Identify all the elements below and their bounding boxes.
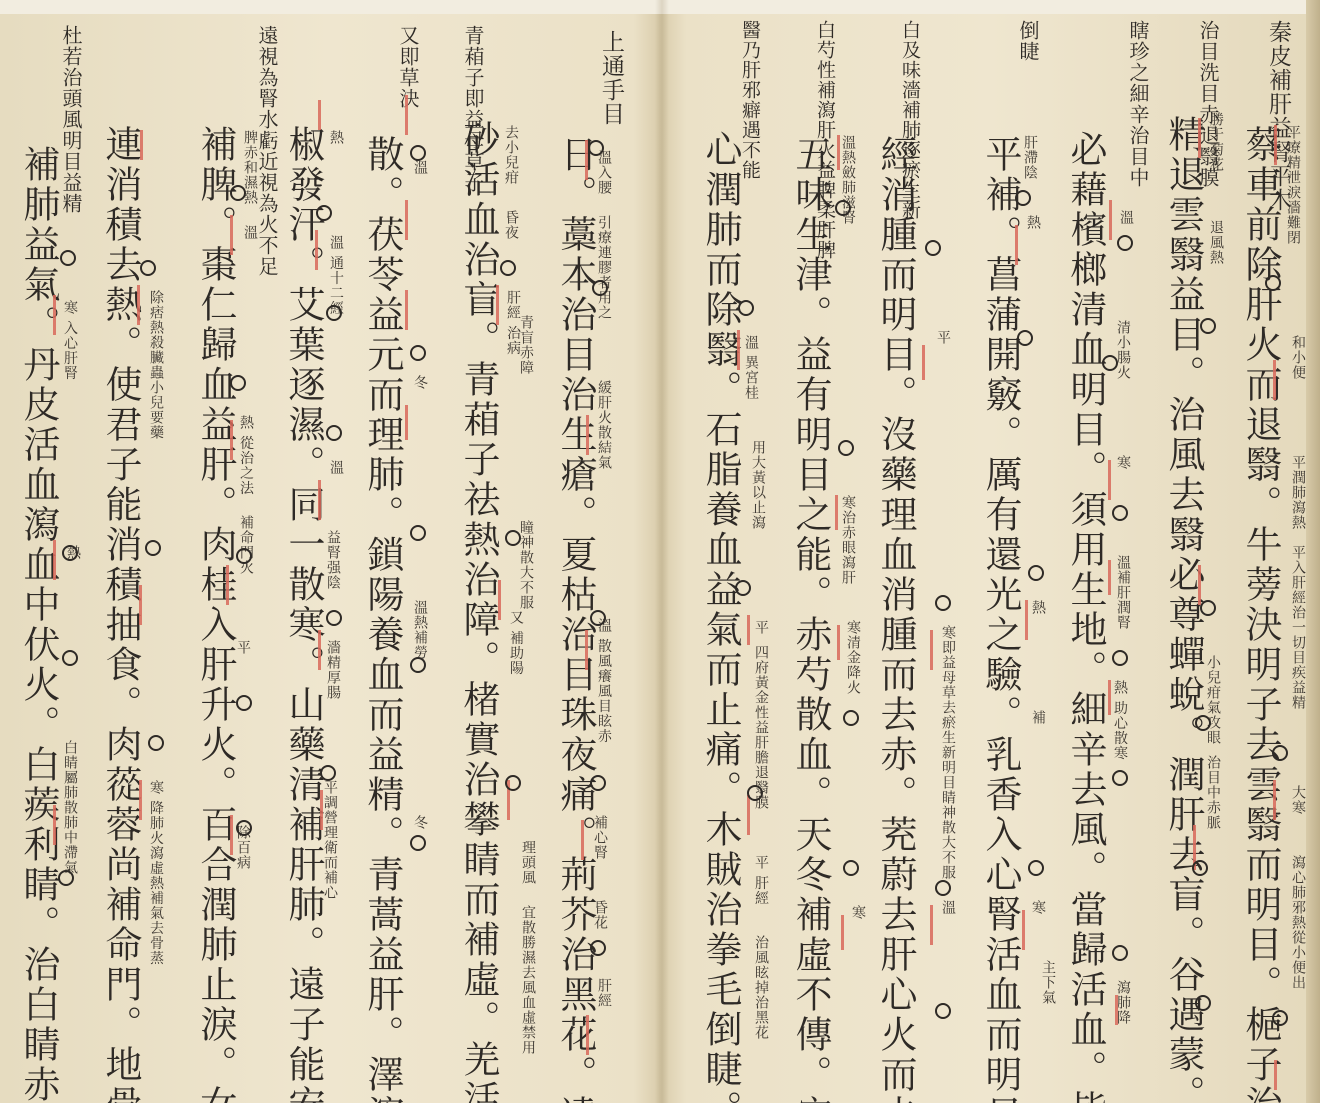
red-mark <box>1108 460 1111 500</box>
text-column: 五味生津。益有明目之能。赤芍散血。天冬補虛不傳。定痛之效。麥冬清 <box>790 135 830 1095</box>
circle-mark <box>236 548 252 564</box>
red-mark <box>586 1015 589 1055</box>
text-column: 經消腫而明目。沒藥理血消腫而去赤。茺蔚去肝心火而去瘀。青鹽滋腎。 <box>875 135 915 1095</box>
circle-mark <box>1200 318 1216 334</box>
head-note: 秦皮補肝益腎平木 <box>1265 20 1290 140</box>
red-mark <box>1108 560 1111 595</box>
circle-mark <box>410 345 426 361</box>
circle-mark <box>588 140 604 156</box>
red-mark <box>922 345 925 380</box>
column-annotation: 肝滯陰 <box>1022 135 1037 195</box>
circle-mark <box>410 145 426 161</box>
manuscript-spread: 秦皮補肝益腎平木 治目洗目赤退翳膜 瞎珍之細辛治目中 倒睫 白及味濇補肺逐瘀生新… <box>0 0 1320 1103</box>
red-mark <box>139 780 142 820</box>
circle-mark <box>236 820 252 836</box>
circle-mark <box>1017 330 1033 346</box>
red-mark <box>1274 1060 1277 1090</box>
red-mark <box>230 815 233 855</box>
text-column: 必藉檳榔清血明目。須用生地。細辛去風。當歸活血。皆擅明目之功。枸杞 <box>1065 130 1105 1095</box>
column-annotation: 寒 <box>1115 455 1130 485</box>
red-mark <box>53 295 56 335</box>
column-annotation: 主下氣 <box>1040 960 1055 1020</box>
red-mark <box>841 915 844 950</box>
circle-mark <box>62 545 78 561</box>
column-annotation: 平 <box>753 620 768 640</box>
column-annotation: 溫 <box>328 460 343 480</box>
text-column: 散。茯苓益元而理肺。鎖陽養血而益精。青蒿益肝。澤瀉利水。類皆補虛。 <box>362 135 402 1095</box>
text-column: 平補。菖蒲開竅。厲有還光之驗。乳香入心腎活血而明目。葶藶通肺 <box>980 135 1020 1095</box>
column-annotation: 平 肝經 <box>753 855 768 915</box>
red-mark <box>1115 995 1118 1025</box>
column-annotation: 平入肝經治一切目疾益精 <box>1290 545 1305 775</box>
circle-mark <box>935 880 951 896</box>
red-mark <box>315 230 318 270</box>
circle-mark <box>835 200 851 216</box>
column-annotation: 益腎强陰 <box>325 530 340 600</box>
column-annotation: 寒 入心肝腎 <box>62 300 77 380</box>
red-mark <box>320 790 323 830</box>
column-annotation: 寒清金降火 <box>845 620 860 710</box>
red-mark <box>1025 600 1028 640</box>
column-annotation: 脾赤和濕熱 <box>242 130 257 210</box>
red-mark <box>226 565 229 605</box>
circle-mark <box>1195 715 1211 731</box>
column-annotation: 熱 從治之法 <box>238 415 253 505</box>
column-annotation: 寒 <box>1030 900 1045 920</box>
column-annotation: 補 <box>1030 710 1045 730</box>
red-mark <box>1015 225 1018 265</box>
circle-mark <box>1195 995 1211 1011</box>
circle-mark <box>500 260 516 276</box>
circle-mark <box>590 940 606 956</box>
section-title: 上通手目 <box>598 30 623 120</box>
column-annotation: 昏花 <box>592 900 607 940</box>
red-mark <box>318 630 321 670</box>
circle-mark <box>843 860 859 876</box>
circle-mark <box>505 530 521 546</box>
head-note: 杜若治頭風明目益精 <box>60 25 82 125</box>
head-note: 白芍性補瀉肝火益脾柔肝脾 <box>815 20 835 120</box>
circle-mark <box>145 540 161 556</box>
column-annotation: 寒 <box>850 905 865 925</box>
column-annotation: 瞳神散大不服 <box>518 520 533 600</box>
column-annotation: 引療連膠者用之 <box>596 215 611 315</box>
red-mark <box>837 625 840 660</box>
circle-mark <box>410 525 426 541</box>
column-annotation: 熱 助心散寒 <box>1112 680 1127 770</box>
column-annotation: 治風眩掉治黑花 <box>753 935 768 1065</box>
column-annotation: 熱 <box>1030 600 1045 620</box>
red-mark <box>53 805 56 845</box>
column-annotation: 溫熱斂肺滋腎 <box>840 135 855 235</box>
red-mark <box>1198 565 1201 605</box>
circle-mark <box>1112 650 1128 666</box>
circle-mark <box>316 205 332 221</box>
circle-mark <box>738 300 754 316</box>
red-mark <box>835 495 838 530</box>
column-annotation: 白睛屬肺散肺中滯氣 <box>62 740 77 870</box>
circle-mark <box>590 610 606 626</box>
circle-mark <box>320 765 336 781</box>
circle-mark <box>935 1003 951 1019</box>
text-column: 砂活血治盲。青葙子祛熱治障。楮實治攀睛而補虛。羌活治攀睛而散 <box>458 120 498 1095</box>
red-mark <box>747 615 750 645</box>
column-annotation: 寒治赤眼瀉肝 <box>840 495 855 605</box>
circle-mark <box>140 260 156 276</box>
red-mark <box>581 820 584 860</box>
red-mark <box>1274 125 1277 165</box>
text-column: 精退雲翳益目。治風去翳必尊蟬蛻。潤肝去盲。谷遇蒙。蒙穀蟲退翳。 <box>1163 115 1203 1095</box>
column-annotation: 用大黃以止瀉 <box>750 440 765 550</box>
book-gutter <box>655 0 669 1103</box>
column-annotation: 平 <box>235 640 250 660</box>
column-annotation: 寒 降肺火瀉虛熱補氣去骨蒸 <box>148 780 163 1020</box>
column-annotation: 清小腸火 <box>1115 320 1130 390</box>
red-mark <box>318 100 321 130</box>
circle-mark <box>1272 745 1288 761</box>
column-annotation: 治目中赤脈 <box>1205 755 1220 855</box>
page-right-edge <box>1306 0 1320 1103</box>
red-mark <box>1273 780 1276 820</box>
circle-mark <box>1112 945 1128 961</box>
head-note: 青葙子即益母草子 <box>462 25 484 125</box>
column-annotation: 青盲赤障 <box>518 315 533 405</box>
column-annotation: 瀉心肺邪熱從小便出 <box>1290 855 1305 1085</box>
head-note: 白及味濇補肺逐瘀生新 <box>900 20 920 110</box>
red-mark <box>1022 910 1025 950</box>
head-note: 瞎珍之細辛治目中 <box>1125 20 1150 140</box>
column-annotation: 理頭風 <box>520 840 535 900</box>
circle-mark <box>1015 190 1031 206</box>
column-annotation: 冬 <box>412 375 427 395</box>
column-annotation: 平潤肺瀉熱 <box>1290 455 1305 545</box>
red-mark <box>585 630 588 670</box>
circle-mark <box>230 375 246 391</box>
circle-mark <box>1117 235 1133 251</box>
circle-mark <box>747 785 763 801</box>
circle-mark <box>935 595 951 611</box>
column-annotation: 異宮桂 <box>743 355 758 415</box>
red-mark <box>139 585 142 625</box>
red-mark <box>1108 680 1111 715</box>
circle-mark <box>236 695 252 711</box>
circle-mark <box>326 610 342 626</box>
column-annotation: 平療精泄淚濇難閉 <box>1285 125 1300 325</box>
text-column: 心潤肺而除翳。石脂養血益氣而止痛。木賊治拳毛倒睫。天麻治眩明怕 <box>700 130 740 1095</box>
circle-mark <box>60 250 76 266</box>
column-annotation: 除痞熱殺臟蟲小兒要藥 <box>148 290 163 490</box>
circle-mark <box>590 775 606 791</box>
column-annotation: 溫 散風癢風目眩赤 <box>596 618 611 758</box>
red-mark <box>140 130 143 160</box>
circle-mark <box>410 835 426 851</box>
column-annotation: 溫 <box>242 225 257 245</box>
red-mark <box>1198 118 1201 158</box>
circle-mark <box>925 240 941 256</box>
circle-mark <box>1028 860 1044 876</box>
red-mark <box>1109 200 1112 240</box>
red-mark <box>1273 360 1276 400</box>
column-annotation: 溫 <box>743 335 758 355</box>
column-annotation: 緩肝火散結氣 <box>596 380 611 490</box>
red-mark <box>837 135 840 170</box>
red-mark <box>53 540 56 580</box>
red-mark <box>496 285 499 325</box>
column-annotation: 寒即益母草去瘀生新明目睛神散大不服 <box>940 625 955 895</box>
circle-mark <box>326 305 342 321</box>
column-annotation: 平調營理衛而補心 <box>322 780 337 900</box>
circle-mark <box>1272 1010 1288 1026</box>
column-annotation: 濇精厚腸 <box>325 640 340 720</box>
red-mark <box>930 905 933 945</box>
column-annotation: 補心腎 <box>592 815 607 875</box>
text-column: 連消積去熱。使君子能消積抽食。肉蓯蓉尚補命門。地骨强陰涼血。人參 <box>100 125 140 1095</box>
head-note: 遠視為腎水虧近視為火不足 <box>256 25 278 125</box>
circle-mark <box>1112 770 1128 786</box>
column-annotation: 四府黃金性益肝膽退翳膜 <box>753 645 768 835</box>
column-annotation: 昏夜 <box>503 210 518 250</box>
column-annotation: 溫 <box>940 900 955 930</box>
circle-mark <box>1200 600 1216 616</box>
column-annotation: 宜散勝濕去風血虛禁用 <box>520 905 535 1075</box>
red-mark <box>586 415 589 455</box>
red-mark <box>137 285 140 325</box>
circle-mark <box>326 425 342 441</box>
red-mark <box>405 405 408 440</box>
circle-mark <box>410 657 426 673</box>
circle-mark <box>148 735 164 751</box>
head-note: 醫乃肝邪癖遇不能 <box>740 20 760 120</box>
column-annotation: 小兒疳氣攻眼 <box>1205 655 1220 765</box>
circle-mark <box>592 280 608 296</box>
column-annotation: 平 <box>935 330 950 350</box>
red-mark <box>498 580 501 620</box>
column-annotation: 勝于菊花 <box>1208 112 1223 202</box>
red-mark <box>230 215 233 255</box>
column-annotation: 和小便 <box>1290 335 1305 445</box>
red-mark <box>747 795 750 835</box>
text-column: 椒發汗。艾葉逐濕。同一散寒。山藥清補肝肺。遠子能安心腎。茯苓瀉熱。 <box>283 125 323 1095</box>
circle-mark <box>1102 355 1118 371</box>
column-annotation: 冬 <box>412 815 427 835</box>
column-annotation: 又 補助陽 <box>508 610 523 670</box>
red-mark <box>405 290 408 330</box>
column-annotation: 熱 <box>328 130 343 150</box>
red-mark <box>930 630 933 670</box>
circle-mark <box>735 580 751 596</box>
text-column: 日。藁本治目治生瘡。夏枯治目珠夜痛。荊芥治黑花。遠志退昏暗。夜明 <box>555 135 595 1095</box>
text-column: 蔡車前除肝火而退翳。牛蒡決明子去雲翳而明目。梔子治目膜消腫。穀 <box>1240 125 1280 1095</box>
column-annotation: 溫補肝潤腎 <box>1115 555 1130 655</box>
circle-mark <box>843 710 859 726</box>
red-mark <box>230 420 233 460</box>
column-annotation: 退風熱 <box>1208 220 1223 280</box>
text-column: 補肺益氣。丹皮活血瀉血中伏火。白蒺利睛。治白睛赤筋。黑丑瀉氣中之 <box>18 145 58 1095</box>
red-mark <box>405 200 408 240</box>
circle-mark <box>1192 860 1208 876</box>
column-annotation: 去小兒疳 <box>503 125 518 205</box>
text-column: 補脾。棗仁歸血益肝。肉桂入肝升火。百合潤肺止淚。女貞益肝補腎。胡 <box>195 125 235 1095</box>
red-mark <box>737 330 740 370</box>
circle-mark <box>838 440 854 456</box>
circle-mark <box>58 870 74 886</box>
column-annotation: 溫 <box>412 160 427 180</box>
column-annotation: 溫入腰 <box>596 150 611 210</box>
column-annotation: 大寒 <box>1290 785 1305 845</box>
column-annotation: 溫 通十二經 <box>328 235 343 315</box>
red-mark <box>405 95 408 135</box>
red-mark <box>318 480 321 520</box>
circle-mark <box>1112 505 1128 521</box>
column-annotation: 熱 <box>1025 215 1040 235</box>
head-note: 倒睫 <box>1015 20 1040 130</box>
circle-mark <box>230 185 246 201</box>
circle-mark <box>1265 275 1281 291</box>
circle-mark <box>1028 565 1044 581</box>
circle-mark <box>505 775 521 791</box>
column-annotation: 肝經 <box>596 978 611 1018</box>
circle-mark <box>62 650 78 666</box>
